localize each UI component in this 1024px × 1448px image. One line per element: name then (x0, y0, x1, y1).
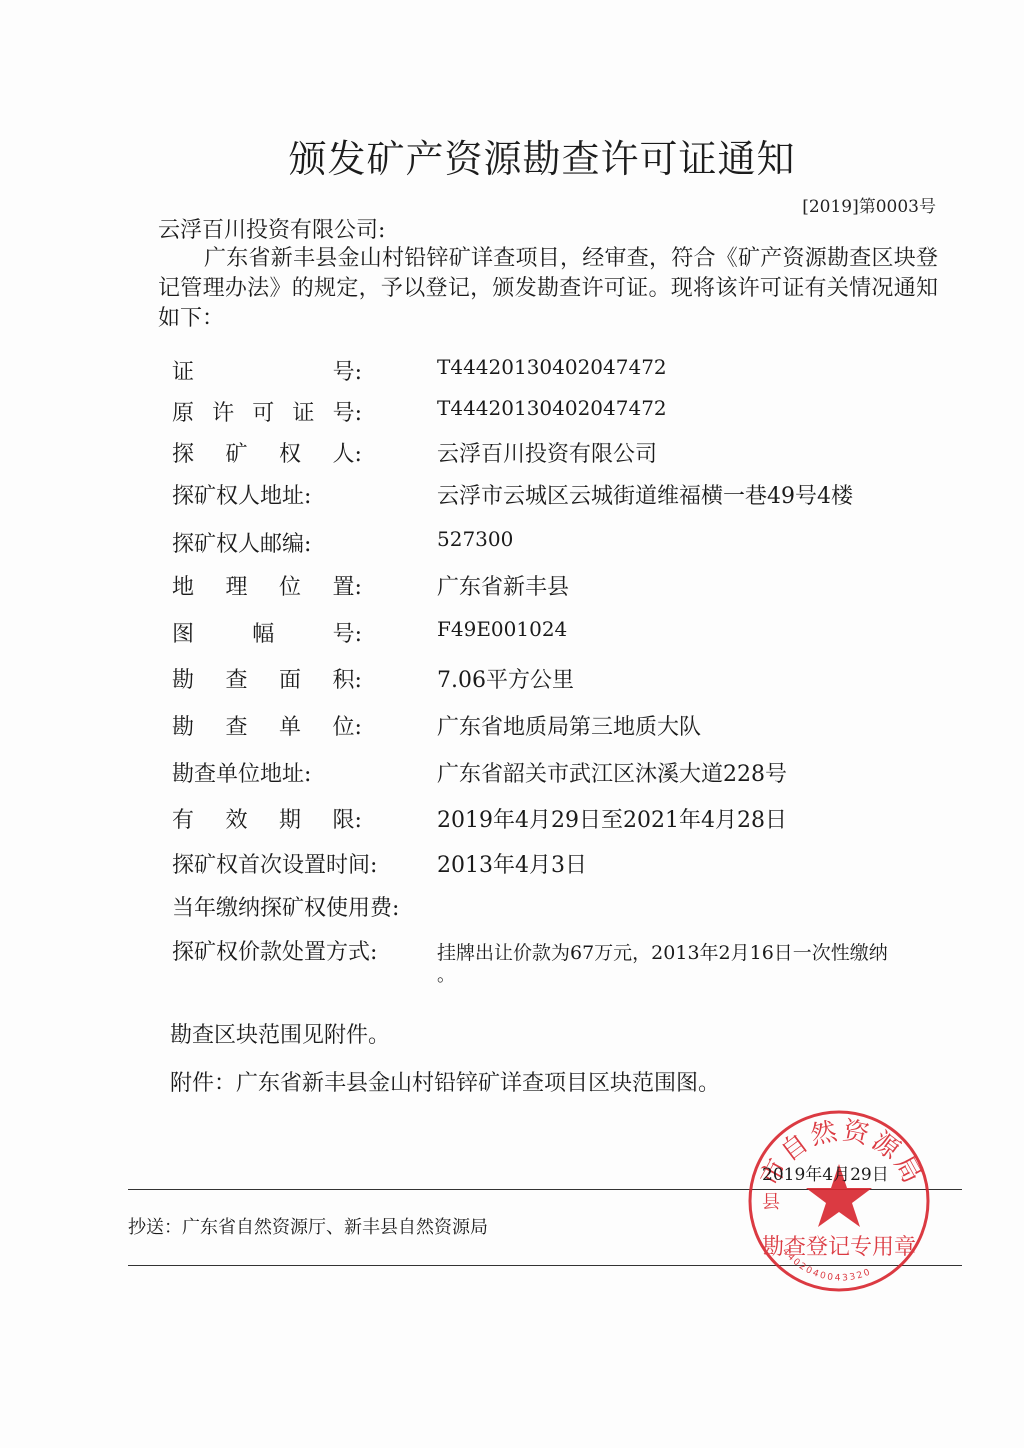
label-char: 人: (333, 437, 362, 468)
label-char: 理 (226, 570, 248, 601)
field-price-disposal: 探矿权价款处置方式: 挂牌出让价款为67万元，2013年2月16日一次性缴纳 。 (172, 935, 952, 995)
field-value: 云浮市云城区云城街道维福横一巷49号4楼 (437, 479, 853, 510)
label-char: 面 (279, 663, 301, 694)
document-page: 颁发矿产资源勘查许可证通知 [2019]第0003号 云浮百川投资有限公司: 广… (0, 0, 1024, 1448)
label-char: 积: (333, 663, 362, 694)
field-survey-unit-address: 勘查单位地址: 广东省韶关市武江区沐溪大道228号 (172, 757, 952, 793)
label-char: 号: (333, 396, 362, 427)
cc-line: 抄送：广东省自然资源厅、新丰县自然资源局 (128, 1213, 488, 1239)
field-value: F49E001024 (437, 617, 567, 641)
field-value: 广东省新丰县 (437, 570, 569, 601)
field-location: 地 理 位 置: 广东省新丰县 (172, 570, 952, 606)
field-label: 探 矿 权 人: (172, 437, 362, 468)
field-label: 有 效 期 限: (172, 803, 362, 834)
field-value: 广东省韶关市武江区沐溪大道228号 (437, 757, 787, 788)
label-char: 限: (333, 803, 362, 834)
field-value: T44420130402047472 (437, 396, 667, 420)
field-value: 广东省地质局第三地质大队 (437, 710, 701, 741)
addressee: 云浮百川投资有限公司: (158, 213, 385, 244)
field-annual-fee: 当年缴纳探矿权使用费: (172, 891, 952, 927)
field-label: 当年缴纳探矿权使用费: (172, 891, 402, 922)
field-label: 勘 查 面 积: (172, 663, 362, 694)
field-map-sheet: 图 幅 号: F49E001024 (172, 617, 952, 653)
label-char: 置: (333, 570, 362, 601)
label-char: 号: (333, 355, 362, 386)
field-label: 原 许 可 证 号: (172, 396, 362, 427)
body-paragraph: 广东省新丰县金山村铅锌矿详查项目，经审查，符合《矿产资源勘查区块登记管理办法》的… (158, 244, 938, 334)
label-char: 勘 (172, 710, 194, 741)
field-holder: 探 矿 权 人: 云浮百川投资有限公司 (172, 437, 952, 473)
field-holder-address: 探矿权人地址: 云浮市云城区云城街道维福横一巷49号4楼 (172, 479, 952, 515)
field-label: 探矿权人地址: (172, 479, 402, 510)
field-first-set-date: 探矿权首次设置时间: 2013年4月3日 (172, 848, 952, 884)
field-value: 527300 (437, 527, 513, 551)
label-char: 权 (279, 437, 301, 468)
field-value: 挂牌出让价款为67万元，2013年2月16日一次性缴纳 (437, 938, 888, 965)
issue-date: 2019年4月29日 (762, 1160, 889, 1185)
label-char: 许 (212, 396, 234, 427)
field-permit-number: 证 号: T44420130402047472 (172, 355, 952, 391)
official-seal-icon: 市自然资源局 县 勘查登记专用章 4402040043320 (744, 1106, 934, 1296)
document-title: 颁发矿产资源勘查许可证通知 (0, 128, 1024, 183)
label-char: 图 (172, 617, 194, 648)
field-original-permit-number: 原 许 可 证 号: T44420130402047472 (172, 396, 952, 432)
field-label: 勘查单位地址: (172, 757, 402, 788)
field-value: 云浮百川投资有限公司 (437, 437, 657, 468)
field-validity-period: 有 效 期 限: 2019年4月29日至2021年4月28日 (172, 803, 952, 839)
field-value-trail: 。 (437, 961, 455, 987)
field-label: 勘 查 单 位: (172, 710, 362, 741)
field-label: 探矿权价款处置方式: (172, 935, 402, 966)
field-area: 勘 查 面 积: 7.06平方公里 (172, 663, 952, 699)
label-char: 位: (333, 710, 362, 741)
label-char: 期 (279, 803, 301, 834)
label-char: 原 (172, 396, 194, 427)
field-value: 2013年4月3日 (437, 848, 587, 879)
label-char: 探 (172, 437, 194, 468)
field-value: 7.06平方公里 (437, 663, 574, 694)
label-char: 矿 (226, 437, 248, 468)
label-char: 地 (172, 570, 194, 601)
label-char: 效 (226, 803, 248, 834)
label-char: 有 (172, 803, 194, 834)
field-value: 2019年4月29日至2021年4月28日 (437, 803, 787, 834)
label-char: 号: (333, 617, 362, 648)
block-range-note: 勘查区块范围见附件。 (170, 1018, 390, 1049)
label-char: 查 (226, 710, 248, 741)
document-number: [2019]第0003号 (802, 192, 936, 217)
label-char: 位 (279, 570, 301, 601)
field-label: 证 号: (172, 355, 362, 386)
label-char: 查 (226, 663, 248, 694)
field-label: 探矿权人邮编: (172, 527, 402, 558)
field-value: T44420130402047472 (437, 355, 667, 379)
label-char: 证 (172, 355, 194, 386)
label-char: 证 (292, 396, 314, 427)
label-char: 勘 (172, 663, 194, 694)
field-survey-unit: 勘 查 单 位: 广东省地质局第三地质大队 (172, 710, 952, 746)
field-label: 探矿权首次设置时间: (172, 848, 402, 879)
field-label: 地 理 位 置: (172, 570, 362, 601)
attachment-note: 附件：广东省新丰县金山村铅锌矿详查项目区块范围图。 (170, 1066, 720, 1097)
label-char: 可 (252, 396, 274, 427)
field-holder-postcode: 探矿权人邮编: 527300 (172, 527, 952, 563)
label-char: 单 (279, 710, 301, 741)
seal-left-text: 县 (762, 1192, 780, 1213)
field-label: 图 幅 号: (172, 617, 362, 648)
label-char: 幅 (252, 617, 274, 648)
